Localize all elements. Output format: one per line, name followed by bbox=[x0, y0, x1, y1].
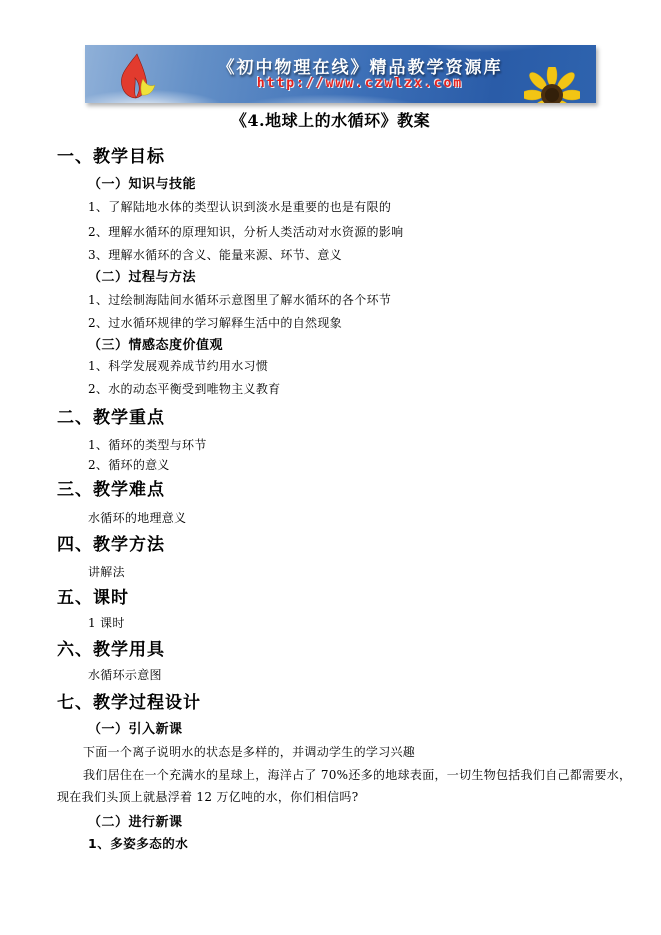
sunflower-icon bbox=[524, 67, 580, 103]
sub-heading-knowledge-skills: （一）知识与技能 bbox=[88, 178, 196, 193]
sub-heading-new-lesson: （二）进行新课 bbox=[88, 816, 183, 831]
section-heading-objectives: 一、教学目标 bbox=[57, 148, 165, 168]
list-item: 1、过绘制海陆间水循环示意图里了解水循环的各个环节 bbox=[88, 294, 391, 308]
site-logo-flame-icon bbox=[115, 53, 159, 99]
list-item: 2、理解水循环的原理知识，分析人类活动对水资源的影响 bbox=[88, 226, 403, 240]
paragraph-line: 现在我们头顶上就悬浮着 12 万亿吨的水，你们相信吗? bbox=[57, 791, 358, 805]
paragraph-line: 我们居住在一个充满水的星球上，海洋占了 70%还多的地球表面，一切生物包括我们自… bbox=[83, 769, 631, 783]
list-item: 2、循环的意义 bbox=[88, 459, 170, 473]
section-heading-methods: 四、教学方法 bbox=[57, 536, 165, 556]
section-heading-difficulties: 三、教学难点 bbox=[57, 481, 165, 501]
list-item: 1、循环的类型与环节 bbox=[88, 439, 207, 453]
list-item: 水循环示意图 bbox=[88, 669, 162, 683]
sub-heading-process-methods: （二）过程与方法 bbox=[88, 271, 196, 286]
document-page: 《初中物理在线》精品教学资源库 http://www.czwlzx.com 《4… bbox=[0, 0, 661, 935]
sub-heading-affect-values: （三）情感态度价值观 bbox=[88, 339, 223, 354]
list-item: 1 课时 bbox=[88, 617, 125, 631]
list-item-bold: 1、多姿多态的水 bbox=[88, 837, 188, 851]
list-item: 2、过水循环规律的学习解释生活中的自然现象 bbox=[88, 317, 342, 331]
paragraph-line: 下面一个离子说明水的状态是多样的，并调动学生的学习兴趣 bbox=[83, 746, 415, 760]
section-heading-key-points: 二、教学重点 bbox=[57, 409, 165, 429]
site-banner: 《初中物理在线》精品教学资源库 http://www.czwlzx.com bbox=[85, 45, 596, 103]
list-item: 水循环的地理意义 bbox=[88, 512, 186, 526]
list-item: 讲解法 bbox=[88, 566, 125, 580]
doc-title: 《4.地球上的水循环》教案 bbox=[0, 112, 661, 130]
list-item: 2、水的动态平衡受到唯物主义教育 bbox=[88, 383, 280, 397]
section-heading-process-design: 七、教学过程设计 bbox=[57, 694, 201, 714]
section-heading-teaching-aids: 六、教学用具 bbox=[57, 641, 165, 661]
list-item: 1、了解陆地水体的类型认识到淡水是重要的也是有限的 bbox=[88, 201, 391, 215]
list-item: 1、科学发展观养成节约用水习惯 bbox=[88, 360, 268, 374]
banner-site-title: 《初中物理在线》精品教学资源库 bbox=[195, 53, 525, 78]
sub-heading-lead-in: （一）引入新课 bbox=[88, 723, 183, 738]
section-heading-class-hours: 五、课时 bbox=[57, 589, 129, 609]
banner-site-url-link[interactable]: http://www.czwlzx.com bbox=[195, 76, 525, 91]
list-item: 3、理解水循环的含义、能量来源、环节、意义 bbox=[88, 249, 342, 263]
